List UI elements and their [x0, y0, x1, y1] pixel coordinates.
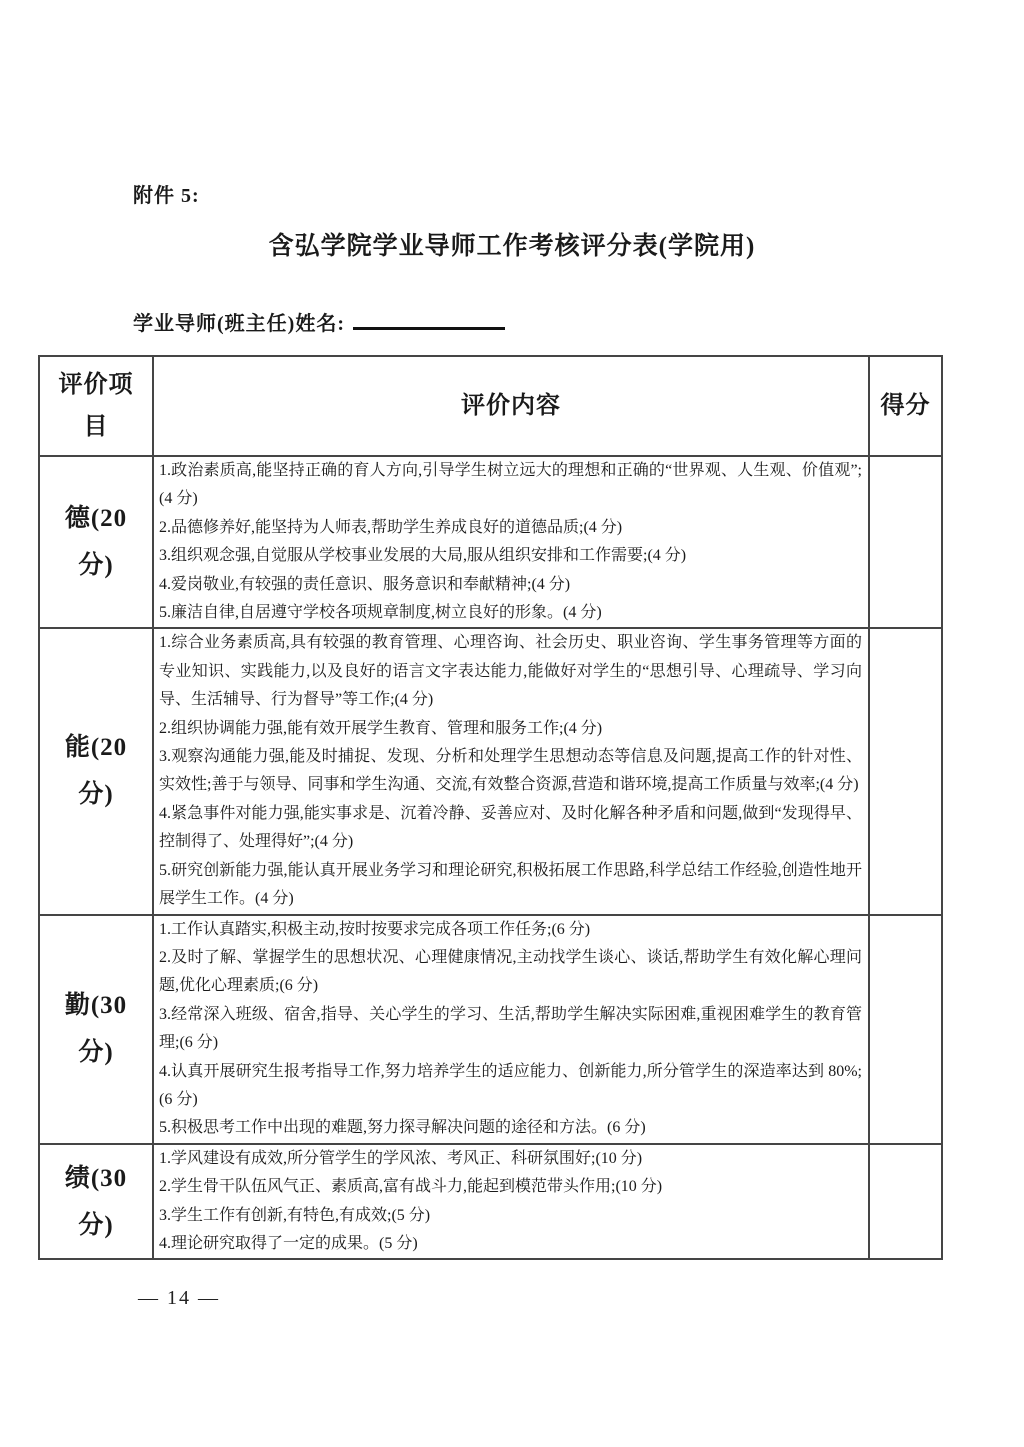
criterion-item: 4.紧急事件对能力强,能实事求是、沉着冷静、妥善应对、及时化解各种矛盾和问题,做… — [159, 800, 862, 857]
score-cell-ji[interactable] — [869, 1144, 942, 1260]
criterion-item: 4.认真开展研究生报考指导工作,努力培养学生的适应能力、创新能力,所分管学生的深… — [159, 1058, 862, 1115]
row-label-ji: 绩(30 分) — [39, 1144, 153, 1260]
criterion-item: 2.学生骨干队伍风气正、素质高,富有战斗力,能起到模范带头作用;(10 分) — [159, 1173, 862, 1201]
document-page: 附件 5: 含弘学院学业导师工作考核评分表(学院用) 学业导师(班主任)姓名: … — [0, 0, 1024, 1447]
row-content-ji: 1.学风建设有成效,所分管学生的学风浓、考风正、科研氛围好;(10 分) 2.学… — [153, 1144, 869, 1260]
row-content-qin: 1.工作认真踏实,积极主动,按时按要求完成各项工作任务;(6 分) 2.及时了解… — [153, 915, 869, 1144]
criterion-item: 3.组织观念强,自觉服从学校事业发展的大局,服从组织安排和工作需要;(4 分) — [159, 542, 862, 570]
name-line: 学业导师(班主任)姓名: — [133, 307, 505, 336]
score-cell-qin[interactable] — [869, 915, 942, 1144]
page-title: 含弘学院学业导师工作考核评分表(学院用) — [0, 226, 1024, 262]
table-row-ji: 绩(30 分) 1.学风建设有成效,所分管学生的学风浓、考风正、科研氛围好;(1… — [39, 1144, 942, 1260]
attachment-label: 附件 5: — [133, 179, 200, 208]
score-cell-de[interactable] — [869, 456, 942, 628]
header-evaluation-content: 评价内容 — [153, 356, 869, 456]
page-number: — 14 — — [138, 1287, 220, 1310]
row-content-neng: 1.综合业务素质高,具有较强的教育管理、心理咨询、社会历史、职业咨询、学生事务管… — [153, 628, 869, 914]
header-score: 得分 — [869, 356, 942, 456]
evaluation-table: 评价项 目 评价内容 得分 德(20 分) 1.政治素质高,能坚持正确的育人方向… — [38, 355, 943, 1260]
name-blank-field[interactable] — [353, 308, 505, 330]
criterion-item: 2.及时了解、掌握学生的思想状况、心理健康情况,主动找学生谈心、谈话,帮助学生有… — [159, 944, 862, 1001]
criterion-item: 5.廉洁自律,自居遵守学校各项规章制度,树立良好的形象。(4 分) — [159, 599, 862, 627]
row-label-de: 德(20 分) — [39, 456, 153, 628]
criterion-item: 1.政治素质高,能坚持正确的育人方向,引导学生树立远大的理想和正确的“世界观、人… — [159, 457, 862, 514]
criterion-item: 3.学生工作有创新,有特色,有成效;(5 分) — [159, 1202, 862, 1230]
criterion-item: 5.研究创新能力强,能认真开展业务学习和理论研究,积极拓展工作思路,科学总结工作… — [159, 857, 862, 914]
criterion-item: 1.综合业务素质高,具有较强的教育管理、心理咨询、社会历史、职业咨询、学生事务管… — [159, 629, 862, 714]
score-cell-neng[interactable] — [869, 628, 942, 914]
criterion-item: 1.学风建设有成效,所分管学生的学风浓、考风正、科研氛围好;(10 分) — [159, 1145, 862, 1173]
table-row-neng: 能(20 分) 1.综合业务素质高,具有较强的教育管理、心理咨询、社会历史、职业… — [39, 628, 942, 914]
row-content-de: 1.政治素质高,能坚持正确的育人方向,引导学生树立远大的理想和正确的“世界观、人… — [153, 456, 869, 628]
criterion-item: 4.爱岗敬业,有较强的责任意识、服务意识和奉献精神;(4 分) — [159, 571, 862, 599]
criterion-item: 5.积极思考工作中出现的难题,努力探寻解决问题的途径和方法。(6 分) — [159, 1114, 862, 1142]
row-label-qin: 勤(30 分) — [39, 915, 153, 1144]
table-row-de: 德(20 分) 1.政治素质高,能坚持正确的育人方向,引导学生树立远大的理想和正… — [39, 456, 942, 628]
name-label: 学业导师(班主任)姓名: — [133, 313, 345, 335]
table-row-qin: 勤(30 分) 1.工作认真踏实,积极主动,按时按要求完成各项工作任务;(6 分… — [39, 915, 942, 1144]
criterion-item: 4.理论研究取得了一定的成果。(5 分) — [159, 1230, 862, 1258]
header-evaluation-item: 评价项 目 — [39, 356, 153, 456]
criterion-item: 1.工作认真踏实,积极主动,按时按要求完成各项工作任务;(6 分) — [159, 916, 862, 944]
table-header-row: 评价项 目 评价内容 得分 — [39, 356, 942, 456]
criterion-item: 3.观察沟通能力强,能及时捕捉、发现、分析和处理学生思想动态等信息及问题,提高工… — [159, 743, 862, 800]
row-label-neng: 能(20 分) — [39, 628, 153, 914]
criterion-item: 2.品德修养好,能坚持为人师表,帮助学生养成良好的道德品质;(4 分) — [159, 514, 862, 542]
criterion-item: 3.经常深入班级、宿舍,指导、关心学生的学习、生活,帮助学生解决实际困难,重视困… — [159, 1001, 862, 1058]
criterion-item: 2.组织协调能力强,能有效开展学生教育、管理和服务工作;(4 分) — [159, 715, 862, 743]
